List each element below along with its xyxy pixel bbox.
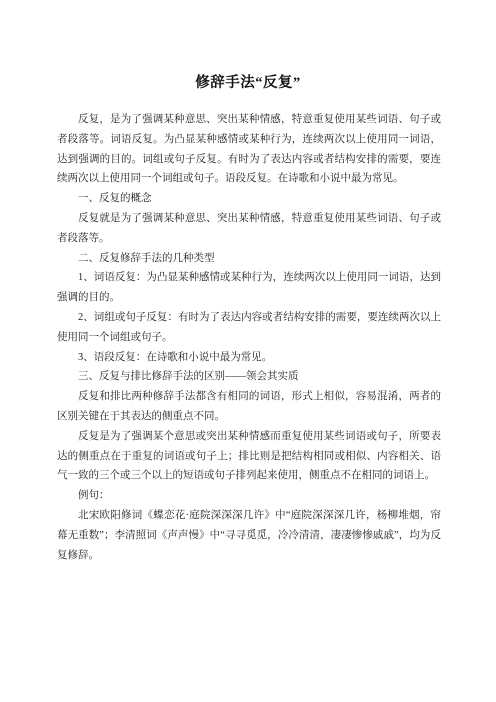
paragraph-concept: 反复就是为了强调某种意思、突出某种情感，特意重复使用某些词语、句子或者段落等。 (57, 209, 441, 249)
paragraph-difference: 反复和排比两种修辞手法都含有相同的词语，形式上相似，容易混淆，两者的区别关键在于… (57, 387, 441, 427)
section-heading-difference: 三、反复与排比修辞手法的区别——领会其实质 (57, 367, 441, 387)
paragraph-emphasis: 反复是为了强调某个意思或突出某种情感而重复使用某些词语或句子，所要表达的侧重点在… (57, 427, 441, 486)
document-title: 修辞手法“反复” (0, 0, 496, 92)
paragraph-intro: 反复，是为了强调某种意思、突出某种情感，特意重复使用某些词语、句子或者段落等。词… (57, 110, 441, 189)
section-heading-concept: 一、反复的概念 (57, 189, 441, 209)
document-body: 反复，是为了强调某种意思、突出某种情感，特意重复使用某些词语、句子或者段落等。词… (0, 110, 496, 565)
label-example: 例句： (57, 486, 441, 506)
list-item-phrase-repetition: 2、词组或句子反复：有时为了表达内容或者结构安排的需要，要连续两次以上使用同一个… (57, 308, 441, 348)
list-item-word-repetition: 1、词语反复：为凸显某种感情或某种行为，连续两次以上使用同一词语，达到强调的目的… (57, 268, 441, 308)
list-item-passage-repetition: 3、语段反复：在诗歌和小说中最为常见。 (57, 348, 441, 368)
document-page: 修辞手法“反复” 反复，是为了强调某种意思、突出某种情感，特意重复使用某些词语、… (0, 0, 496, 702)
section-heading-types: 二、反复修辞手法的几种类型 (57, 249, 441, 269)
paragraph-examples: 北宋欧阳修词《蝶恋花·庭院深深深几许》中“庭院深深深几许，杨柳堆烟，帘幕无重数”… (57, 506, 441, 565)
